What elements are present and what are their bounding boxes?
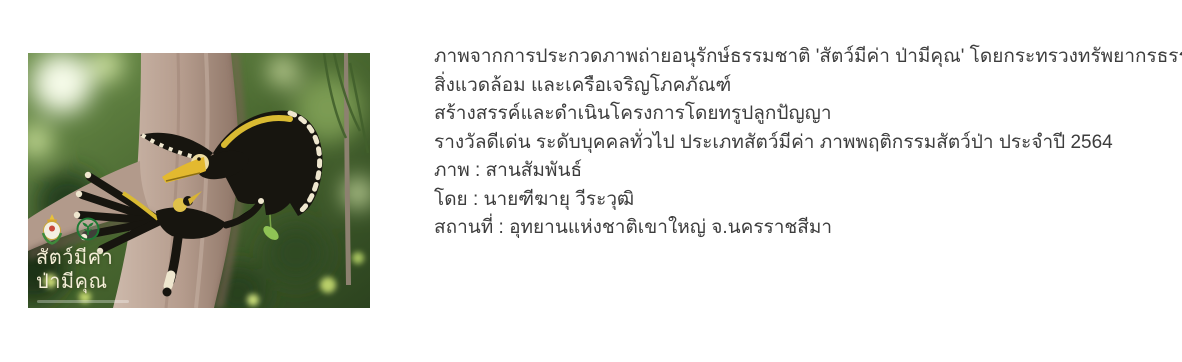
watermark-fineprint: [37, 300, 129, 303]
caption-line: โดย : นายฑีฆายุ วีระวุฒิ: [434, 186, 1182, 215]
award-photo: สัตว์มีค่า ป่ามีคุณ: [28, 53, 370, 308]
photo-caption: ภาพจากการประกวดภาพถ่ายอนุรักษ์ธรรมชาติ '…: [434, 43, 1182, 243]
caption-line: สร้างสรรค์และดำเนินโครงการโดยทรูปลูกปัญญ…: [434, 100, 1182, 129]
caption-line: สถานที่ : อุทยานแห่งชาติเขาใหญ่ จ.นครราช…: [434, 214, 1182, 243]
watermark-title-line1: สัตว์มีค่า: [36, 248, 176, 269]
crest-logo-icon: [39, 213, 65, 245]
caption-line: รางวัลดีเด่น ระดับบุคคลทั่วไป ประเภทสัตว…: [434, 129, 1182, 158]
page: สัตว์มีค่า ป่ามีคุณ ภาพจากการประกวดภาพถ่…: [0, 0, 1182, 362]
plookpanya-logo-icon: [76, 217, 100, 241]
watermark-logos: [39, 213, 176, 245]
photo-watermark: สัตว์มีค่า ป่ามีคุณ: [36, 213, 176, 303]
caption-line: ภาพจากการประกวดภาพถ่ายอนุรักษ์ธรรมชาติ '…: [434, 43, 1182, 72]
caption-line: สิ่งแวดล้อม และเครือเจริญโภคภัณฑ์: [434, 72, 1182, 101]
caption-line: ภาพ : สานสัมพันธ์: [434, 157, 1182, 186]
watermark-title-line2: ป่ามีคุณ: [36, 272, 176, 293]
